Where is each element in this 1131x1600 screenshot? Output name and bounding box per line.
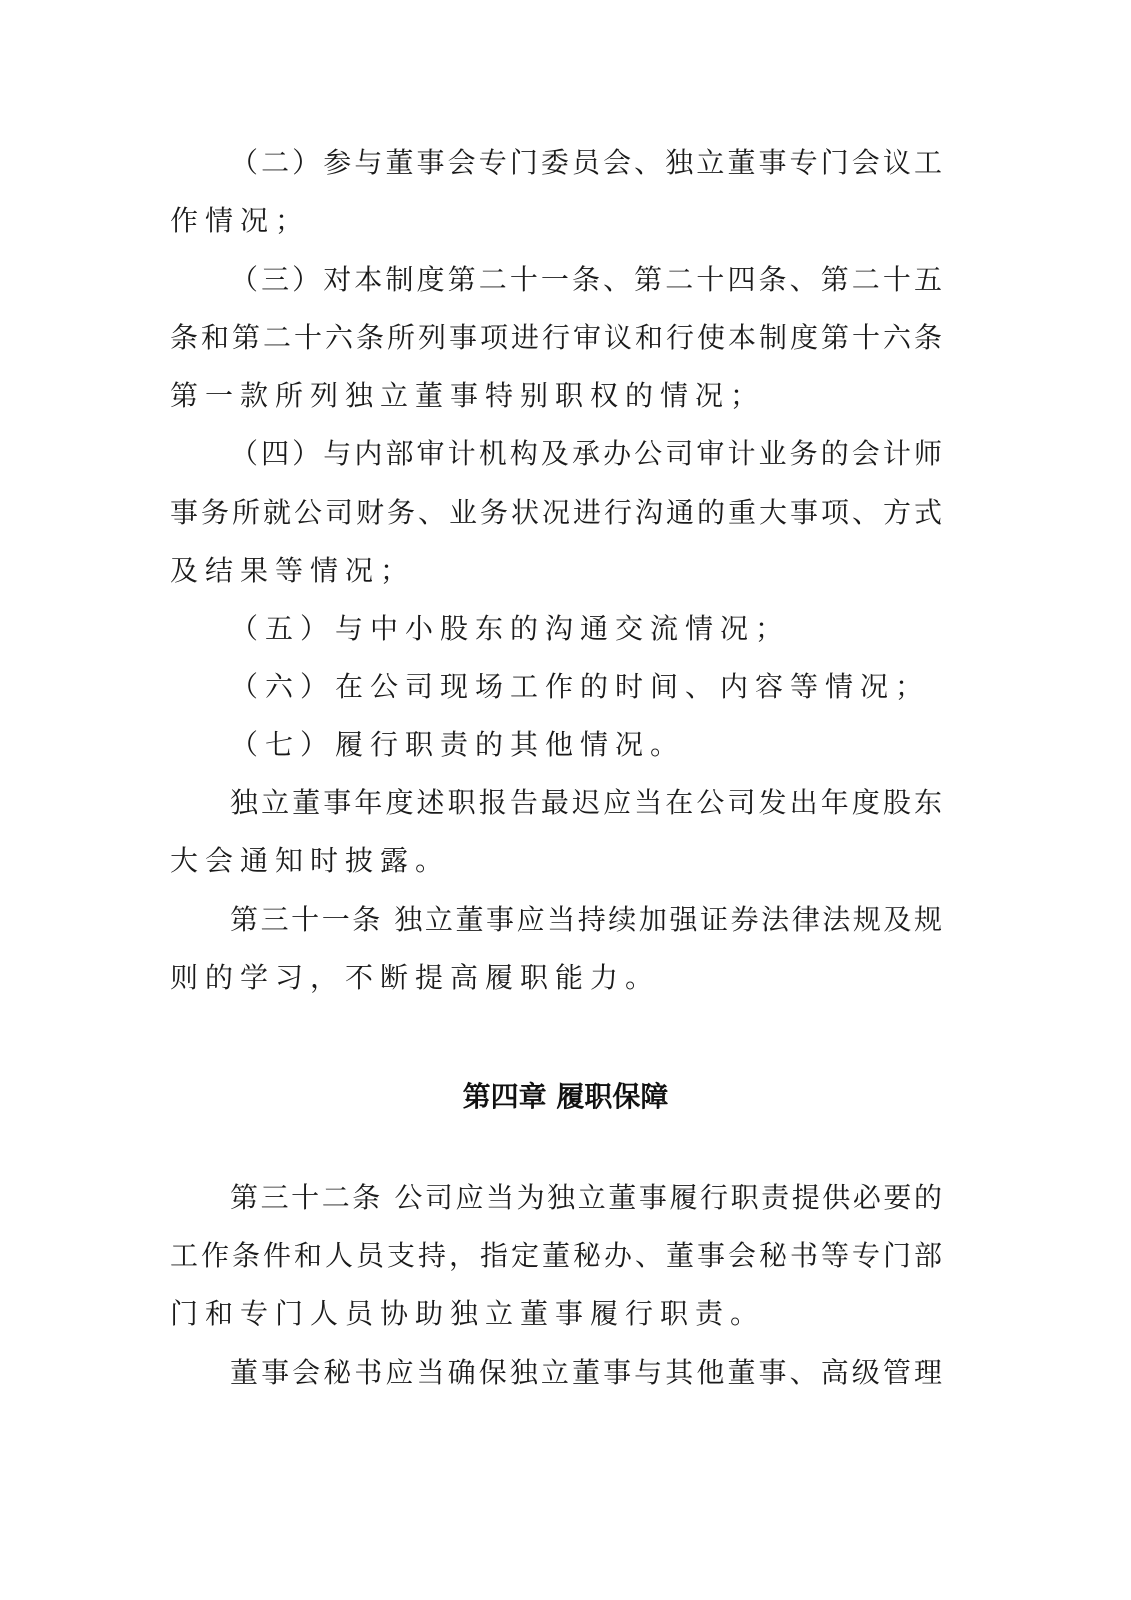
chapter-heading: 第四章 履职保障: [0, 1079, 1131, 1115]
paragraph-item-4-line-2: 事务所就公司财务、业务状况进行沟通的重大事项、方式: [170, 495, 942, 531]
paragraph-item-6-line-1: （六）在公司现场工作的时间、内容等情况；: [230, 669, 942, 705]
paragraph-annual-report-line-1: 独立董事年度述职报告最迟应当在公司发出年度股东: [230, 785, 942, 821]
paragraph-item-5-line-1: （五）与中小股东的沟通交流情况；: [230, 611, 942, 647]
paragraph-article-31-line-1: 第三十一条 独立董事应当持续加强证券法律法规及规: [230, 902, 942, 938]
paragraph-article-32-line-1: 第三十二条 公司应当为独立董事履行职责提供必要的: [230, 1180, 942, 1216]
paragraph-item-2-line-2: 作情况；: [170, 203, 942, 239]
paragraph-item-4-line-1: （四）与内部审计机构及承办公司审计业务的会计师: [230, 436, 942, 472]
paragraph-secretary-duty-line-1: 董事会秘书应当确保独立董事与其他董事、高级管理: [230, 1355, 942, 1391]
paragraph-item-3-line-3: 第一款所列独立董事特别职权的情况；: [170, 378, 942, 414]
paragraph-item-4-line-3: 及结果等情况；: [170, 553, 942, 589]
paragraph-item-3-line-1: （三）对本制度第二十一条、第二十四条、第二十五: [230, 262, 942, 298]
paragraph-article-31-line-2: 则的学习，不断提高履职能力。: [170, 960, 942, 996]
paragraph-item-3-line-2: 条和第二十六条所列事项进行审议和行使本制度第十六条: [170, 320, 942, 356]
document-page: （二）参与董事会专门委员会、独立董事专门会议工 作情况； （三）对本制度第二十一…: [0, 0, 1131, 1600]
paragraph-article-32-line-3: 门和专门人员协助独立董事履行职责。: [170, 1296, 942, 1332]
paragraph-article-32-line-2: 工作条件和人员支持，指定董秘办、董事会秘书等专门部: [170, 1238, 942, 1274]
paragraph-item-7-line-1: （七）履行职责的其他情况。: [230, 727, 942, 763]
paragraph-item-2-line-1: （二）参与董事会专门委员会、独立董事专门会议工: [230, 145, 942, 181]
paragraph-annual-report-line-2: 大会通知时披露。: [170, 843, 942, 879]
